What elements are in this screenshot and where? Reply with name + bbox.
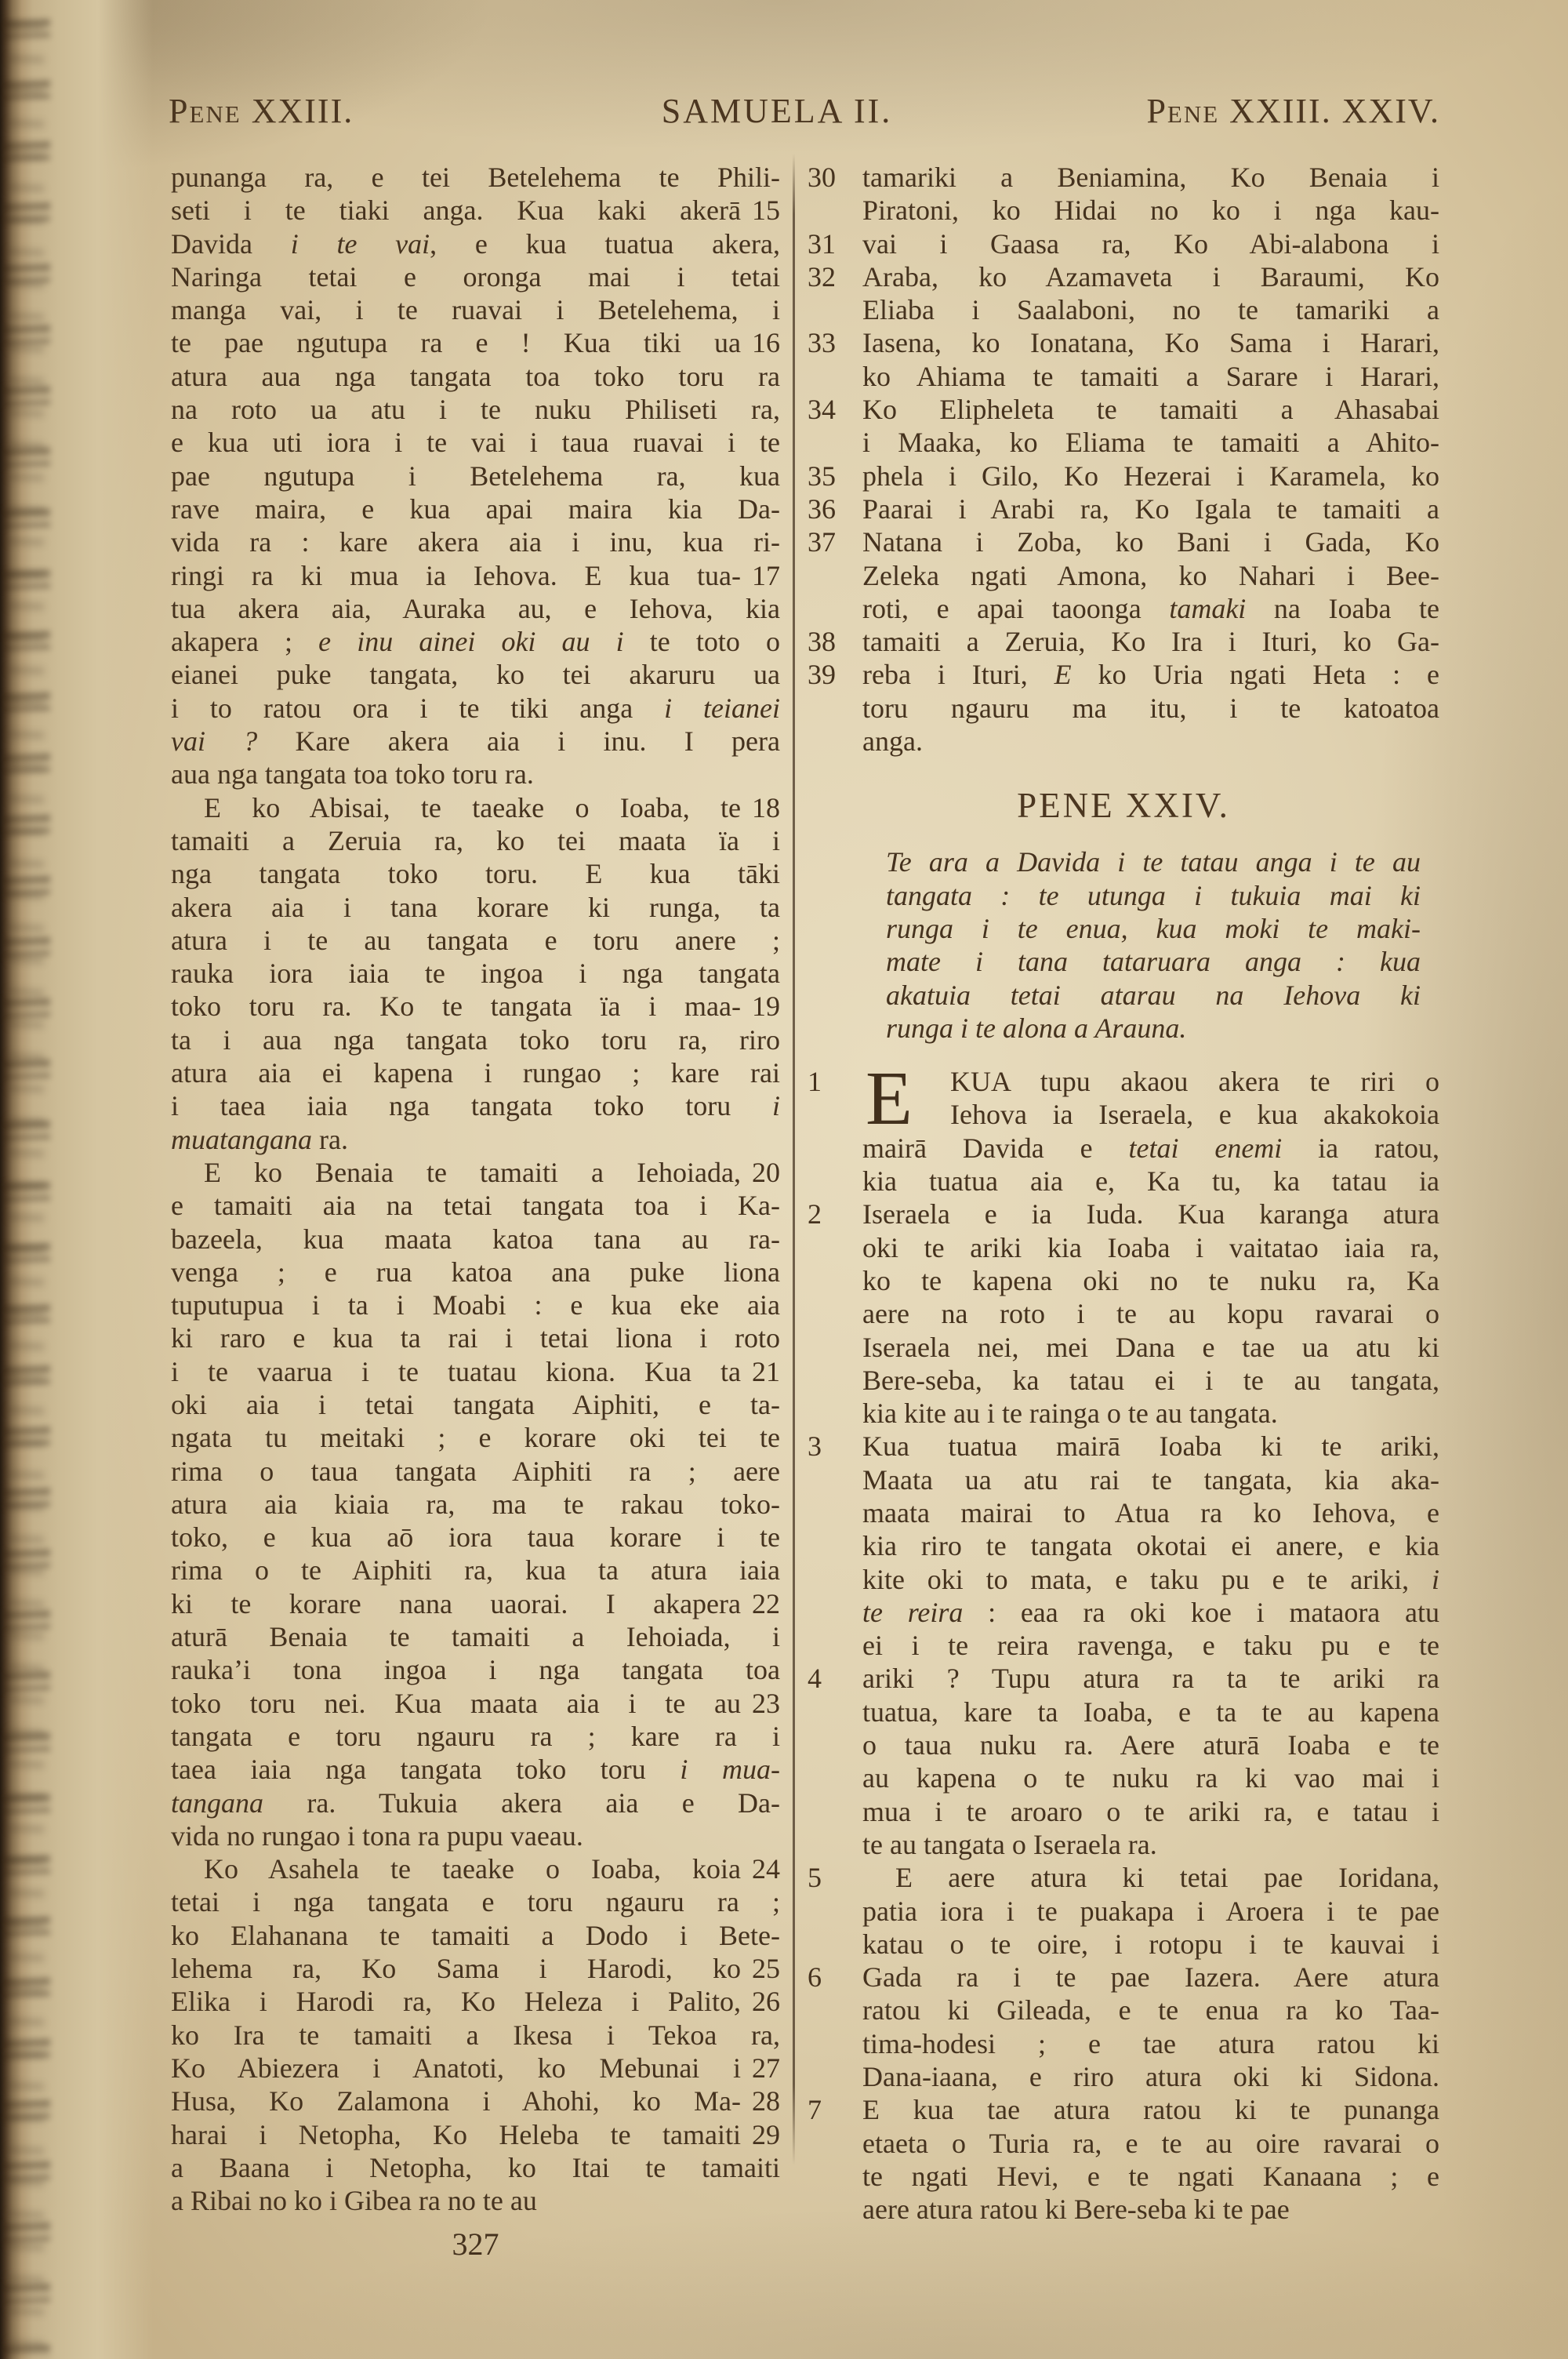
- line-text: Ko Asahela te taeake o Ioaba, koia: [171, 1852, 741, 1885]
- text-line: tangana ra. Tukuia akera aia e Da-: [171, 1787, 780, 1819]
- line-text: phela i Gilo, Ko Hezerai i Karamela, ko: [862, 460, 1439, 493]
- text-line: ko Ira te tamaiti a Ikesa i Tekoa ra,: [171, 2019, 780, 2052]
- text-line: 39reba i Ituri, E ko Uria ngati Heta : e: [808, 658, 1439, 691]
- line-text: atura aia kiaia ra, ma te rakau toko-: [171, 1488, 780, 1521]
- line-text: akapera ; e inu ainei oki au i te toto o: [171, 625, 780, 658]
- chapter-summary-line: akatuia tetai atarau na Iehova ki: [808, 979, 1439, 1012]
- line-text: tangata e toru ngauru ra ; kare ra i: [171, 1720, 780, 1753]
- line-text: rima o te Aiphiti ra, kua ta atura iaia: [171, 1554, 780, 1587]
- text-line: 1EKUA tupu akaou akera te riri o: [808, 1065, 1439, 1098]
- line-text: te pae ngutupa ra e ! Kua tiki ua: [171, 326, 741, 359]
- line-text: e tamaiti aia na tetai tangata toa i Ka-: [171, 1189, 780, 1222]
- line-text: tangana ra. Tukuia akera aia e Da-: [171, 1787, 780, 1819]
- text-line: ko Elahanana te tamaiti a Dodo i Bete-: [171, 1919, 780, 1952]
- text-line: harai i Netopha, Ko Heleba te tamaiti29: [171, 2118, 780, 2151]
- text-line: Naringa tetai e oronga mai i tetai: [171, 260, 780, 293]
- verse-number: 26: [741, 1985, 780, 2018]
- verse-number: 31: [808, 227, 862, 260]
- line-text: Eliaba i Saalaboni, no te tamariki a: [862, 293, 1439, 326]
- chapter-summary-line: mate i tana tataruara anga : kua: [808, 945, 1439, 978]
- verse-number: 28: [741, 2085, 780, 2117]
- line-text: akatuia tetai atarau na Iehova ki: [808, 979, 1439, 1012]
- verse-number: 24: [741, 1852, 780, 1885]
- line-text: Dana-iaana, e riro atura oki ki Sidona.: [862, 2060, 1439, 2093]
- running-head-title: SAMUELA II.: [506, 91, 1048, 131]
- line-text: toru ngauru ma itu, i te katoatoa: [862, 692, 1439, 725]
- text-line: e tamaiti aia na tetai tangata toa i Ka-: [171, 1189, 780, 1222]
- line-text: i taea iaia nga tangata toko toru i: [171, 1089, 780, 1122]
- line-text: na roto ua atu i te nuku Philiseti ra,: [171, 393, 780, 426]
- line-text: te reira : eaa ra oki koe i mataora atu: [862, 1596, 1439, 1629]
- line-text: Iehova ia Iseraela, e kua akakokoia: [862, 1098, 1439, 1131]
- text-line: kia tuatua aia e, Ka tu, ka tatau ia: [808, 1165, 1439, 1198]
- line-text: atura aua nga tangata toa toko toru ra: [171, 360, 780, 393]
- line-text: te ngati Hevi, e te ngati Kanaana ; e: [862, 2160, 1439, 2193]
- line-text: vida no rungao i tona ra pupu vaeau.: [171, 1819, 780, 1852]
- verse-number: 25: [741, 1952, 780, 1985]
- text-line: atura aia ei kapena i rungao ; kare rai: [171, 1056, 780, 1089]
- line-text: E ko Benaia te tamaiti a Iehoiada,: [171, 1156, 741, 1189]
- text-line: eianei puke tangata, ko tei akaruru ua: [171, 658, 780, 691]
- line-text: Kua tuatua mairā Ioaba ki te ariki,: [862, 1430, 1439, 1463]
- text-line: Husa, Ko Zalamona i Ahohi, ko Ma-28: [171, 2085, 780, 2117]
- line-text: kia riro te tangata okotai ei anere, e k…: [862, 1529, 1439, 1562]
- line-text: o taua nuku ra. Aere aturā Ioaba e te: [862, 1728, 1439, 1761]
- line-text: rauka iora iaia te ingoa i nga tangata: [171, 957, 780, 990]
- line-text: lehema ra, Ko Sama i Harodi, ko: [171, 1952, 741, 1985]
- text-line: a Ribai no ko i Gibea ra no te au: [171, 2184, 780, 2217]
- text-line: toru ngauru ma itu, i te katoatoa: [808, 692, 1439, 725]
- line-text: Gada ra i te pae Iazera. Aere atura: [862, 1961, 1439, 1994]
- line-text: kia tuatua aia e, Ka tu, ka tatau ia: [862, 1165, 1439, 1198]
- text-line: tamaiti a Zeruia ra, ko tei maata ïa i: [171, 824, 780, 857]
- text-line: Piratoni, ko Hidai no ko i nga kau-: [808, 194, 1439, 227]
- text-line: kite oki to mata, e taku pu e te ariki, …: [808, 1563, 1439, 1596]
- line-text: seti i te tiaki anga. Kua kaki akerā: [171, 194, 741, 227]
- text-line: tua akera aia, Auraka au, e Iehova, kia: [171, 592, 780, 625]
- text-line: vida ra : kare akera aia i inu, kua ri-: [171, 525, 780, 558]
- text-line: 35phela i Gilo, Ko Hezerai i Karamela, k…: [808, 460, 1439, 493]
- text-line: aturā Benaia te tamaiti a Iehoiada, i: [171, 1620, 780, 1653]
- text-line: 5E aere atura ki tetai pae Ioridana,: [808, 1861, 1439, 1894]
- line-text: ei i te reira ravenga, e taku pu e te: [862, 1629, 1439, 1662]
- text-line: venga ; e rua katoa ana puke liona: [171, 1256, 780, 1289]
- line-text: kite oki to mata, e taku pu e te ariki, …: [862, 1563, 1439, 1596]
- line-text: E aere atura ki tetai pae Ioridana,: [862, 1861, 1439, 1894]
- line-text: ko Elahanana te tamaiti a Dodo i Bete-: [171, 1919, 780, 1952]
- line-text: Maata ua atu rai te tangata, kia aka-: [862, 1463, 1439, 1496]
- drop-cap: E: [866, 1065, 913, 1132]
- line-text: vai i Gaasa ra, Ko Abi-alabona i: [862, 227, 1439, 260]
- text-line: 34Ko Elipheleta te tamaiti a Ahasabai: [808, 393, 1439, 426]
- line-text: Te ara a Davida i te tatau anga i te au: [808, 845, 1439, 878]
- text-line: tangata e toru ngauru ra ; kare ra i: [171, 1720, 780, 1753]
- verse-number: 30: [808, 161, 862, 194]
- text-line: atura i te au tangata e toru anere ;: [171, 924, 780, 957]
- text-line: akapera ; e inu ainei oki au i te toto o: [171, 625, 780, 658]
- text-line: i to ratou ora i te tiki anga i teianei: [171, 692, 780, 725]
- text-line: i Maaka, ko Eliama te tamaiti a Ahito-: [808, 426, 1439, 459]
- line-text: Ko Elipheleta te tamaiti a Ahasabai: [862, 393, 1439, 426]
- verse-number: 39: [808, 658, 862, 691]
- text-line: toko toru nei. Kua maata aia i te au23: [171, 1687, 780, 1720]
- text-line: pae ngutupa i Betelehema ra, kua: [171, 460, 780, 493]
- verse-number: 32: [808, 260, 862, 293]
- text-line: maata mairai to Atua ra ko Iehova, e: [808, 1496, 1439, 1529]
- verse-number: 19: [741, 990, 780, 1023]
- text-line: 37Natana i Zoba, ko Bani i Gada, Ko: [808, 525, 1439, 558]
- text-line: Bere-seba, ka tatau ei i te au tangata,: [808, 1364, 1439, 1397]
- verse-number: 23: [741, 1687, 780, 1720]
- column-divider-rule: [793, 154, 795, 2165]
- chapter-summary-line: Te ara a Davida i te tatau anga i te au: [808, 845, 1439, 878]
- text-line: i te vaarua i te tuatau kiona. Kua ta21: [171, 1355, 780, 1388]
- text-line: e kua uti iora i te vai i taua ruavai i …: [171, 426, 780, 459]
- line-text: toko, e kua aō iora taua korare i te: [171, 1521, 780, 1554]
- line-text: rave maira, e kua apai maira kia Da-: [171, 493, 780, 525]
- text-line: ki raro e kua ta rai i tetai liona i rot…: [171, 1321, 780, 1354]
- verse-number: 2: [808, 1198, 862, 1230]
- line-text: ngata tu meitaki ; e korare oki tei te: [171, 1421, 780, 1454]
- line-text: vai ? Kare akera aia i inu. I pera: [171, 725, 780, 758]
- line-text: taea iaia nga tangata toko toru i mua-: [171, 1753, 780, 1786]
- line-text: mate i tana tataruara anga : kua: [808, 945, 1439, 978]
- text-line: vida no rungao i tona ra pupu vaeau.: [171, 1819, 780, 1852]
- line-text: a Baana i Netopha, ko Itai te tamaiti: [171, 2151, 780, 2184]
- line-text: harai i Netopha, Ko Heleba te tamaiti: [171, 2118, 741, 2151]
- line-text: anga.: [862, 725, 1439, 758]
- line-text: vida ra : kare akera aia i inu, kua ri-: [171, 525, 780, 558]
- line-text: punanga ra, e tei Betelehema te Phili-: [171, 161, 780, 194]
- line-text: ta i aua nga tangata toko toru ra, riro: [171, 1023, 780, 1056]
- text-line: na roto ua atu i te nuku Philiseti ra,: [171, 393, 780, 426]
- verse-number: 3: [808, 1430, 862, 1463]
- line-text: Paarai i Arabi ra, Ko Igala te tamaiti a: [862, 493, 1439, 525]
- text-line: ringi ra ki mua ia Iehova. E kua tua-17: [171, 559, 780, 592]
- text-line: 6Gada ra i te pae Iazera. Aere atura: [808, 1961, 1439, 1994]
- text-line: katau o te oire, i rotopu i te kauvai i: [808, 1928, 1439, 1961]
- line-text: aua nga tangata toa toko toru ra.: [171, 758, 780, 791]
- text-line: o taua nuku ra. Aere aturā Ioaba e te: [808, 1728, 1439, 1761]
- line-text: E ko Abisai, te taeake o Ioaba, te: [171, 791, 741, 824]
- text-line: rave maira, e kua apai maira kia Da-: [171, 493, 780, 525]
- text-line: ei i te reira ravenga, e taku pu e te: [808, 1629, 1439, 1662]
- line-text: oki aia i tetai tangata Aiphiti, e ta-: [171, 1388, 780, 1421]
- text-line: Eliaba i Saalaboni, no te tamariki a: [808, 293, 1439, 326]
- text-line: rima o te Aiphiti ra, kua ta atura iaia: [171, 1554, 780, 1587]
- text-line: manga vai, i te ruavai i Betelehema, i: [171, 293, 780, 326]
- line-text: Zeleka ngati Amona, ko Nahari i Bee-: [862, 559, 1439, 592]
- text-line: aere atura ratou ki Bere-seba ki te pae: [808, 2193, 1439, 2226]
- line-text: oki te ariki kia Ioaba i vaitatao iaia r…: [862, 1231, 1439, 1264]
- text-line: kia riro te tangata okotai ei anere, e k…: [808, 1529, 1439, 1562]
- text-line: oki aia i tetai tangata Aiphiti, e ta-: [171, 1388, 780, 1421]
- line-text: tamaiti a Zeruia, Ko Ira i Ituri, ko Ga-: [862, 625, 1439, 658]
- verse-number: 1: [808, 1065, 862, 1098]
- text-line: 31vai i Gaasa ra, Ko Abi-alabona i: [808, 227, 1439, 260]
- text-line: Davida i te vai, e kua tuatua akera,: [171, 227, 780, 260]
- text-line: Iseraela nei, mei Dana e tae ua atu ki: [808, 1331, 1439, 1364]
- line-text: roti, e apai taoonga tamaki na Ioaba te: [862, 592, 1439, 625]
- text-line: au kapena o te nuku ra ki vao mai i: [808, 1761, 1439, 1794]
- line-text: aturā Benaia te tamaiti a Iehoiada, i: [171, 1620, 780, 1653]
- verse-number: 29: [741, 2118, 780, 2151]
- text-line: Maata ua atu rai te tangata, kia aka-: [808, 1463, 1439, 1496]
- text-line: ratou ki Gileada, e te enua ra ko Taa-: [808, 1994, 1439, 2026]
- line-text: reba i Ituri, E ko Uria ngati Heta : e: [862, 658, 1439, 691]
- text-line: 4ariki ? Tupu atura ra ta te ariki ra: [808, 1662, 1439, 1695]
- line-text: runga i te enua, kua moki te maki-: [808, 912, 1439, 945]
- text-line: ko Ahiama te tamaiti a Sarare i Harari,: [808, 360, 1439, 393]
- text-line: 33Iasena, ko Ionatana, Ko Sama i Harari,: [808, 326, 1439, 359]
- line-text: Araba, ko Azamaveta i Baraumi, Ko: [862, 260, 1439, 293]
- line-text: i Maaka, ko Eliama te tamaiti a Ahito-: [862, 426, 1439, 459]
- text-line: ngata tu meitaki ; e korare oki tei te: [171, 1421, 780, 1454]
- line-text: a Ribai no ko i Gibea ra no te au: [171, 2184, 780, 2217]
- text-line: E ko Benaia te tamaiti a Iehoiada,20: [171, 1156, 780, 1189]
- text-line: taea iaia nga tangata toko toru i mua-: [171, 1753, 780, 1786]
- line-text: nga tangata toko toru. E kua tāki: [171, 857, 780, 890]
- line-text: tetai i nga tangata e toru ngauru ra ;: [171, 1885, 780, 1918]
- text-line: toko toru ra. Ko te tangata ïa i maa-19: [171, 990, 780, 1023]
- text-line: roti, e apai taoonga tamaki na Ioaba te: [808, 592, 1439, 625]
- line-text: i te vaarua i te tuatau kiona. Kua ta: [171, 1355, 741, 1388]
- line-text: atura aia ei kapena i rungao ; kare rai: [171, 1056, 780, 1089]
- text-line: rauka’i tona ingoa i nga tangata toa: [171, 1653, 780, 1686]
- line-text: Naringa tetai e oronga mai i tetai: [171, 260, 780, 293]
- text-line: 3Kua tuatua mairā Ioaba ki te ariki,: [808, 1430, 1439, 1463]
- text-line: te ngati Hevi, e te ngati Kanaana ; e: [808, 2160, 1439, 2193]
- text-line: Zeleka ngati Amona, ko Nahari i Bee-: [808, 559, 1439, 592]
- line-text: muatangana ra.: [171, 1123, 780, 1156]
- line-text: Husa, Ko Zalamona i Ahohi, ko Ma-: [171, 2085, 741, 2117]
- line-text: e kua uti iora i te vai i taua ruavai i …: [171, 426, 780, 459]
- line-text: au kapena o te nuku ra ki vao mai i: [862, 1761, 1439, 1794]
- running-head-right: Pene XXIII. XXIV.: [1048, 91, 1440, 131]
- line-text: ringi ra ki mua ia Iehova. E kua tua-: [171, 559, 741, 592]
- text-line: ta i aua nga tangata toko toru ra, riro: [171, 1023, 780, 1056]
- line-text: tangata : te utunga i tukuia mai ki: [808, 879, 1439, 912]
- line-text: manga vai, i te ruavai i Betelehema, i: [171, 293, 780, 326]
- chapter-summary-line: runga i te enua, kua moki te maki-: [808, 912, 1439, 945]
- verse-number: 6: [808, 1961, 862, 1994]
- text-line: toko, e kua aō iora taua korare i te: [171, 1521, 780, 1554]
- text-line: aua nga tangata toa toko toru ra.: [171, 758, 780, 791]
- line-text: katau o te oire, i rotopu i te kauvai i: [862, 1928, 1439, 1961]
- line-text: toko toru nei. Kua maata aia i te au: [171, 1687, 741, 1720]
- text-line: tuputupua i ta i Moabi : e kua eke aia: [171, 1289, 780, 1321]
- line-text: Natana i Zoba, ko Bani i Gada, Ko: [862, 525, 1439, 558]
- verse-number: 27: [741, 2052, 780, 2085]
- running-head: Pene XXIII. SAMUELA II. Pene XXIII. XXIV…: [169, 91, 1440, 131]
- line-text: Piratoni, ko Hidai no ko i nga kau-: [862, 194, 1439, 227]
- chapter-heading: PENE XXIV.: [808, 786, 1439, 825]
- text-line: muatangana ra.: [171, 1123, 780, 1156]
- line-text: runga i te alona a Arauna.: [808, 1012, 1439, 1045]
- chapter-summary-line: tangata : te utunga i tukuia mai ki: [808, 879, 1439, 912]
- text-line: rima o taua tangata Aiphiti ra ; aere: [171, 1455, 780, 1488]
- line-text: i to ratou ora i te tiki anga i teianei: [171, 692, 780, 725]
- text-line: etaeta o Turia ra, e te au oire ravarai …: [808, 2127, 1439, 2160]
- verse-number: 5: [808, 1861, 862, 1894]
- line-text: rauka’i tona ingoa i nga tangata toa: [171, 1653, 780, 1686]
- line-text: rima o taua tangata Aiphiti ra ; aere: [171, 1455, 780, 1488]
- line-text: Ko Abiezera i Anatoti, ko Mebunai i: [171, 2052, 741, 2085]
- text-line: E ko Abisai, te taeake o Ioaba, te18: [171, 791, 780, 824]
- verse-number: 17: [741, 559, 780, 592]
- book-gutter-edge: [0, 0, 153, 2359]
- line-text: ki te korare nana uaorai. I akapera: [171, 1587, 741, 1620]
- line-text: Iseraela e ia Iuda. Kua karanga atura: [862, 1198, 1439, 1230]
- text-line: 30tamariki a Beniamina, Ko Benaia i: [808, 161, 1439, 194]
- text-line: vai ? Kare akera aia i inu. I pera: [171, 725, 780, 758]
- line-text: tamariki a Beniamina, Ko Benaia i: [862, 161, 1439, 194]
- text-line: tuatua, kare ta Ioaba, e ta te au kapena: [808, 1696, 1439, 1728]
- line-text: toko toru ra. Ko te tangata ïa i maa-: [171, 990, 741, 1023]
- line-text: pae ngutupa i Betelehema ra, kua: [171, 460, 780, 493]
- line-text: eianei puke tangata, ko tei akaruru ua: [171, 658, 780, 691]
- verse-number: 35: [808, 460, 862, 493]
- text-line: oki te ariki kia Ioaba i vaitatao iaia r…: [808, 1231, 1439, 1264]
- line-text: Elika i Harodi ra, Ko Heleza i Palito,: [171, 1985, 741, 2018]
- line-text: etaeta o Turia ra, e te au oire ravarai …: [862, 2127, 1439, 2160]
- text-line: punanga ra, e tei Betelehema te Phili-: [171, 161, 780, 194]
- text-line: Dana-iaana, e riro atura oki ki Sidona.: [808, 2060, 1439, 2093]
- line-text: mairā Davida e tetai enemi ia ratou,: [862, 1132, 1439, 1165]
- line-text: tuputupua i ta i Moabi : e kua eke aia: [171, 1289, 780, 1321]
- verse-number: 22: [741, 1587, 780, 1620]
- text-line: rauka iora iaia te ingoa i nga tangata: [171, 957, 780, 990]
- verse-number: 15: [741, 194, 780, 227]
- verse-number: 33: [808, 326, 862, 359]
- text-line: patia iora i te puakapa i Aroera i te pa…: [808, 1895, 1439, 1928]
- line-text: tuatua, kare ta Ioaba, e ta te au kapena: [862, 1696, 1439, 1728]
- verse-number: 20: [741, 1156, 780, 1189]
- text-line: anga.: [808, 725, 1439, 758]
- text-line: tetai i nga tangata e toru ngauru ra ;: [171, 1885, 780, 1918]
- text-line: nga tangata toko toru. E kua tāki: [171, 857, 780, 890]
- verse-number: 7: [808, 2093, 862, 2126]
- text-line: te reira : eaa ra oki koe i mataora atu: [808, 1596, 1439, 1629]
- text-line: atura aua nga tangata toa toko toru ra: [171, 360, 780, 393]
- verse-number: 16: [741, 326, 780, 359]
- verse-number: 37: [808, 525, 862, 558]
- text-line: te au tangata o Iseraela ra.: [808, 1828, 1439, 1861]
- text-line: 36Paarai i Arabi ra, Ko Igala te tamaiti…: [808, 493, 1439, 525]
- verse-number: 4: [808, 1662, 862, 1695]
- running-head-left: Pene XXIII.: [169, 91, 506, 131]
- text-line: 7E kua tae atura ratou ki te punanga: [808, 2093, 1439, 2126]
- line-text: E kua tae atura ratou ki te punanga: [862, 2093, 1439, 2126]
- text-line: Ko Abiezera i Anatoti, ko Mebunai i27: [171, 2052, 780, 2085]
- line-text: ko Ahiama te tamaiti a Sarare i Harari,: [862, 360, 1439, 393]
- verse-number: 36: [808, 493, 862, 525]
- line-text: patia iora i te puakapa i Aroera i te pa…: [862, 1895, 1439, 1928]
- line-text: ariki ? Tupu atura ra ta te ariki ra: [862, 1662, 1439, 1695]
- line-text: venga ; e rua katoa ana puke liona: [171, 1256, 780, 1289]
- text-line: Ko Asahela te taeake o Ioaba, koia24: [171, 1852, 780, 1885]
- line-text: maata mairai to Atua ra ko Iehova, e: [862, 1496, 1439, 1529]
- text-line: a Baana i Netopha, ko Itai te tamaiti: [171, 2151, 780, 2184]
- text-line: atura aia kiaia ra, ma te rakau toko-: [171, 1488, 780, 1521]
- text-line: 2Iseraela e ia Iuda. Kua karanga atura: [808, 1198, 1439, 1230]
- text-line: Elika i Harodi ra, Ko Heleza i Palito,26: [171, 1985, 780, 2018]
- text-line: 38tamaiti a Zeruia, Ko Ira i Ituri, ko G…: [808, 625, 1439, 658]
- line-text: kia kite au i te rainga o te au tangata.: [862, 1397, 1439, 1430]
- line-text: Iasena, ko Ionatana, Ko Sama i Harari,: [862, 326, 1439, 359]
- line-text: tua akera aia, Auraka au, e Iehova, kia: [171, 592, 780, 625]
- verse-number: 34: [808, 393, 862, 426]
- line-text: atura i te au tangata e toru anere ;: [171, 924, 780, 957]
- line-text: mua i te aroaro o te ariki ra, e tatau i: [862, 1795, 1439, 1828]
- line-text: tamaiti a Zeruia ra, ko tei maata ïa i: [171, 824, 780, 857]
- line-text: ko Ira te tamaiti a Ikesa i Tekoa ra,: [171, 2019, 780, 2052]
- line-text: te au tangata o Iseraela ra.: [862, 1828, 1439, 1861]
- text-line: mua i te aroaro o te ariki ra, e tatau i: [808, 1795, 1439, 1828]
- line-text: tima-hodesi ; e tae atura ratou ki: [862, 2027, 1439, 2060]
- verse-number: 21: [741, 1355, 780, 1388]
- line-text: aere na roto i te au kopu ravarai o: [862, 1297, 1439, 1330]
- line-text: bazeela, kua maata katoa tana au ra-: [171, 1223, 780, 1256]
- line-text: ki raro e kua ta rai i tetai liona i rot…: [171, 1321, 780, 1354]
- line-text: KUA tupu akaou akera te riri o: [862, 1065, 1439, 1098]
- line-text: akera aia i tana korare ki runga, ta: [171, 891, 780, 924]
- page-number: 327: [171, 2226, 780, 2263]
- text-line: ki te korare nana uaorai. I akapera22: [171, 1587, 780, 1620]
- line-text: ratou ki Gileada, e te enua ra ko Taa-: [862, 1994, 1439, 2026]
- text-line: lehema ra, Ko Sama i Harodi, ko25: [171, 1952, 780, 1985]
- right-text-column: 30tamariki a Beniamina, Ko Benaia iPirat…: [808, 161, 1439, 2226]
- line-text: ko te kapena oki no te nuku ra, Ka: [862, 1264, 1439, 1297]
- text-line: bazeela, kua maata katoa tana au ra-: [171, 1223, 780, 1256]
- chapter-summary-line: runga i te alona a Arauna.: [808, 1012, 1439, 1045]
- book-page: Pene XXIII. SAMUELA II. Pene XXIII. XXIV…: [0, 0, 1568, 2359]
- text-line: kia kite au i te rainga o te au tangata.: [808, 1397, 1439, 1430]
- text-line: i taea iaia nga tangata toko toru i: [171, 1089, 780, 1122]
- line-text: Bere-seba, ka tatau ei i te au tangata,: [862, 1364, 1439, 1397]
- verse-number: 18: [741, 791, 780, 824]
- text-line: 32Araba, ko Azamaveta i Baraumi, Ko: [808, 260, 1439, 293]
- line-text: aere atura ratou ki Bere-seba ki te pae: [862, 2193, 1439, 2226]
- line-text: Davida i te vai, e kua tuatua akera,: [171, 227, 780, 260]
- left-text-column: punanga ra, e tei Betelehema te Phili-se…: [171, 161, 780, 2217]
- verse-number: 38: [808, 625, 862, 658]
- text-line: ko te kapena oki no te nuku ra, Ka: [808, 1264, 1439, 1297]
- text-line: aere na roto i te au kopu ravarai o: [808, 1297, 1439, 1330]
- text-line: te pae ngutupa ra e ! Kua tiki ua16: [171, 326, 780, 359]
- text-line: akera aia i tana korare ki runga, ta: [171, 891, 780, 924]
- text-line: tima-hodesi ; e tae atura ratou ki: [808, 2027, 1439, 2060]
- line-text: Iseraela nei, mei Dana e tae ua atu ki: [862, 1331, 1439, 1364]
- text-line: seti i te tiaki anga. Kua kaki akerā15: [171, 194, 780, 227]
